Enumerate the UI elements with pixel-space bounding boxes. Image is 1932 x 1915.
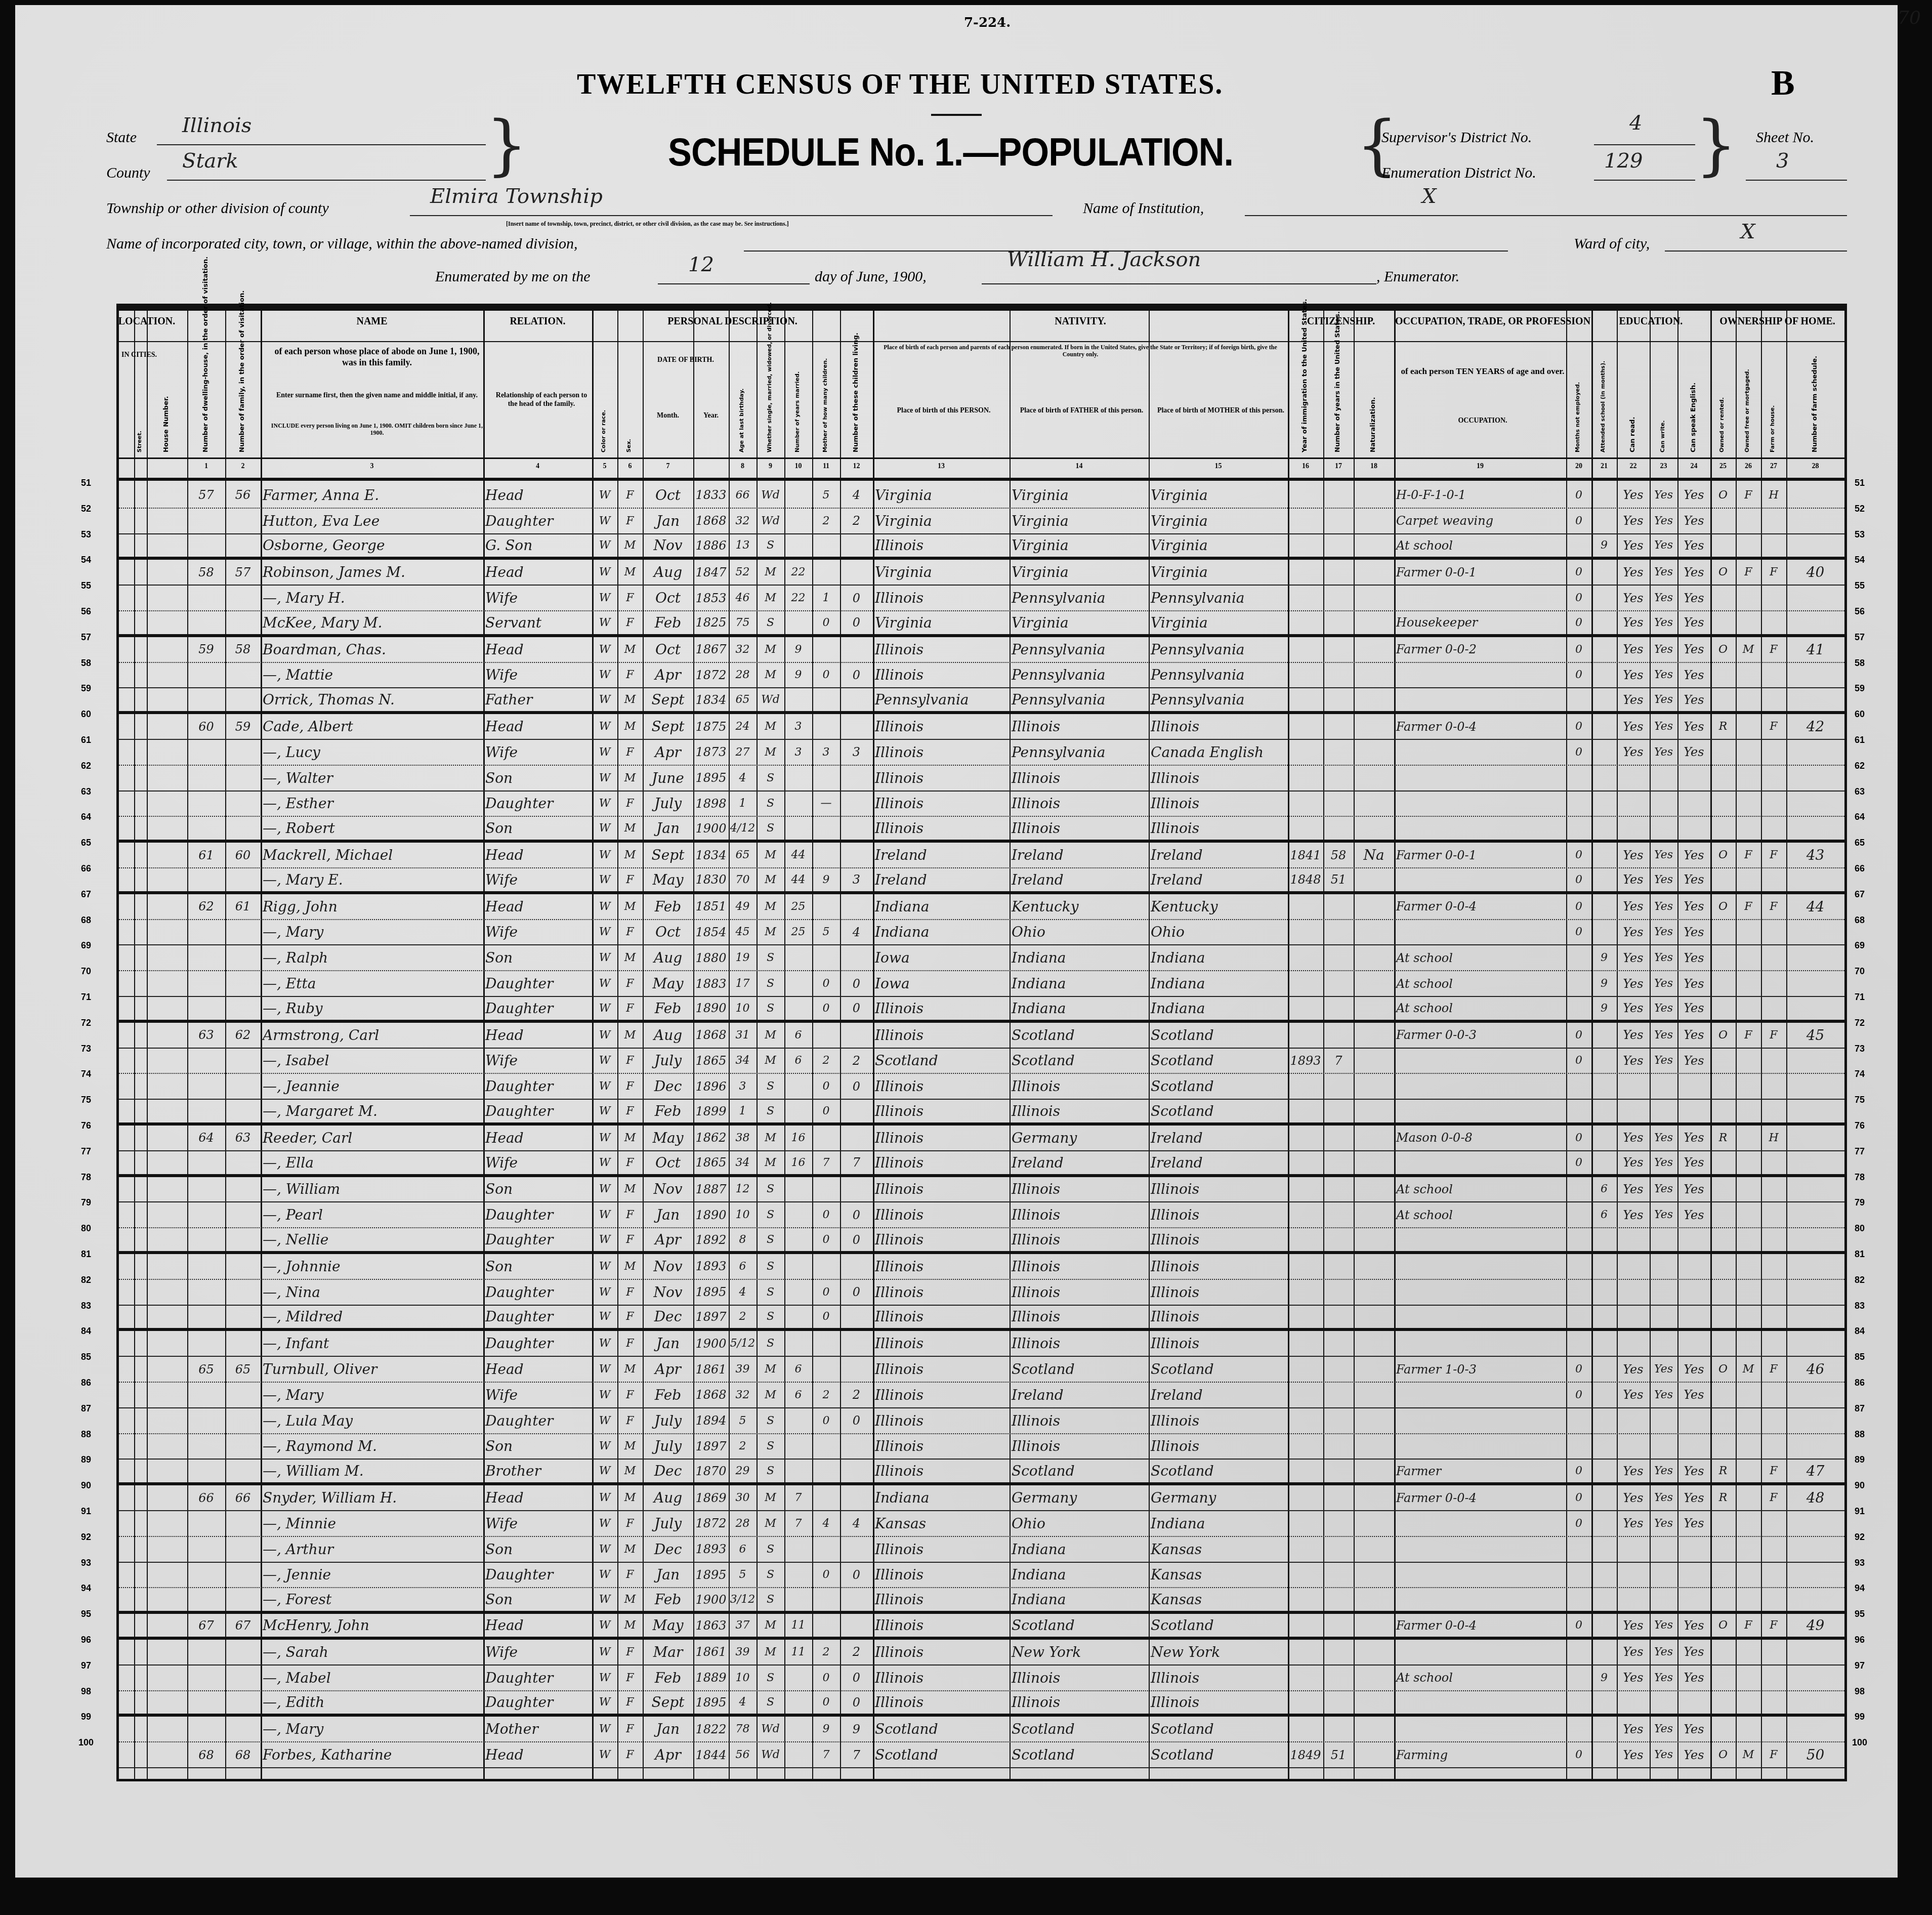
cell-age: 4/12: [729, 817, 757, 840]
cell-color: W: [592, 817, 617, 840]
cell-imm: [1288, 1023, 1323, 1048]
cell-name: Farmer, Anna E.: [261, 483, 483, 508]
cell-bp-person: Scotland: [873, 1049, 1010, 1073]
cell-relation: Father: [483, 688, 592, 711]
cell-imm: [1288, 1383, 1323, 1407]
cell-name: —, Forest: [261, 1588, 483, 1611]
cell-english: Yes: [1677, 740, 1710, 765]
group-header-relation: RELATION.: [483, 316, 592, 327]
cell-free: [1736, 1511, 1761, 1536]
cell-english: Yes: [1677, 1742, 1710, 1767]
cell-month: Nov: [643, 1280, 693, 1305]
cell-yrs-us: [1323, 1717, 1354, 1741]
cell-bp-mother: Pennsylvania: [1149, 688, 1288, 711]
city-label: Name of incorporated city, town, or vill…: [106, 235, 578, 253]
cell-bp-mother: Scotland: [1149, 1742, 1288, 1767]
cell-nat: [1354, 792, 1394, 816]
cell-year: 1868: [693, 1023, 729, 1048]
cell-schedule: 48: [1786, 1485, 1844, 1510]
cell-marital: M: [757, 843, 784, 867]
cell-english: Yes: [1677, 483, 1710, 508]
cell-name: —, Arthur: [261, 1537, 483, 1562]
cell-bp-father: Illinois: [1010, 1074, 1149, 1099]
cell-sex: F: [617, 1383, 643, 1407]
cell-yrs-us: [1323, 1357, 1354, 1382]
cell-month: Apr: [643, 663, 693, 688]
cell-farm: F: [1761, 1023, 1786, 1048]
table-row: 6463Reeder, CarlHeadWMMay186238M16Illino…: [119, 1126, 1844, 1151]
line-number-right: 97: [1850, 1660, 1870, 1671]
cell-marital: M: [757, 1126, 784, 1150]
pencil-page-annotation: 70: [1898, 8, 1921, 28]
cell-family: 60: [225, 843, 261, 867]
cell-read: [1617, 1100, 1650, 1122]
cell-marital: M: [757, 1049, 784, 1073]
cell-mother-of: [812, 714, 840, 739]
cell-bp-father: Indiana: [1010, 997, 1149, 1020]
cell-relation: Daughter: [483, 1563, 592, 1588]
line-number-right: 60: [1850, 709, 1870, 720]
cell-owned: [1710, 1383, 1736, 1407]
cell-owned: R: [1710, 1485, 1736, 1510]
cell-english: Yes: [1677, 611, 1710, 634]
cell-nat: [1354, 1563, 1394, 1588]
cell-read: Yes: [1617, 1202, 1650, 1227]
cell-farm: H: [1761, 1126, 1786, 1150]
cell-owned: [1710, 1254, 1736, 1279]
line-number-left: 70: [76, 966, 96, 977]
line-number-left: 74: [76, 1069, 96, 1079]
cell-unemployed: [1566, 1434, 1591, 1459]
cell-nat: [1354, 637, 1394, 662]
cell-read: Yes: [1617, 740, 1650, 765]
cell-mother-of: [812, 945, 840, 970]
cell-family: [225, 1537, 261, 1562]
cell-free: [1736, 1460, 1761, 1482]
cell-yrs-us: [1323, 1614, 1354, 1637]
cell-owned: [1710, 1640, 1736, 1664]
cell-bp-father: Virginia: [1010, 509, 1149, 533]
cell-imm: [1288, 637, 1323, 662]
cell-relation: Head: [483, 560, 592, 585]
cell-relation: Wife: [483, 1640, 592, 1664]
cell-write: [1650, 1537, 1677, 1562]
cell-relation: Wife: [483, 1383, 592, 1407]
line-number-right: 92: [1850, 1532, 1870, 1543]
cell-relation: Head: [483, 1023, 592, 1048]
cell-marital: S: [757, 1074, 784, 1099]
cell-farm: [1761, 1074, 1786, 1099]
cell-schedule: [1786, 1151, 1844, 1174]
cell-occupation: Farmer 0-0-4: [1394, 1485, 1566, 1510]
cell-schedule: [1786, 1100, 1844, 1122]
cell-farm: [1761, 611, 1786, 634]
cell-occupation: Farmer: [1394, 1460, 1566, 1482]
cell-relation: Wife: [483, 920, 592, 945]
cell-free: [1736, 586, 1761, 610]
cell-mother-of: 9: [812, 868, 840, 891]
cell-yrs-married: [784, 1408, 812, 1433]
cell-mother-of: [812, 766, 840, 790]
cell-school: [1591, 637, 1617, 662]
cell-free: F: [1736, 560, 1761, 585]
cell-sex: F: [617, 1640, 643, 1664]
table-row: Hutton, Eva LeeDaughterWFJan186832Wd22Vi…: [119, 509, 1844, 534]
vertical-header-naturalization: Naturalization.: [1369, 351, 1377, 452]
cell-unemployed: [1566, 1177, 1591, 1202]
cell-bp-person: Illinois: [873, 1408, 1010, 1433]
cell-name: —, Nina: [261, 1280, 483, 1305]
cell-english: Yes: [1677, 714, 1710, 739]
cell-farm: H: [1761, 483, 1786, 508]
cell-write: Yes: [1650, 611, 1677, 634]
cell-write: [1650, 1100, 1677, 1122]
column-number: 20: [1566, 463, 1591, 471]
cell-school: 9: [1591, 1666, 1617, 1690]
cell-english: Yes: [1677, 1202, 1710, 1227]
cell-yrs-married: 9: [784, 663, 812, 688]
cell-yrs-married: [784, 483, 812, 508]
cell-bp-mother: Kansas: [1149, 1537, 1288, 1562]
vertical-header-immigration: Year of immigration to the United States…: [1301, 351, 1309, 452]
cell-bp-person: Illinois: [873, 586, 1010, 610]
cell-month: Oct: [643, 1151, 693, 1174]
cell-yrs-married: 22: [784, 586, 812, 610]
cell-unemployed: 0: [1566, 1511, 1591, 1536]
cell-marital: S: [757, 611, 784, 634]
cell-schedule: [1786, 817, 1844, 840]
cell-english: [1677, 1588, 1710, 1611]
cell-english: Yes: [1677, 1151, 1710, 1174]
line-number-right: 86: [1850, 1378, 1870, 1388]
cell-year: 1880: [693, 945, 729, 970]
cell-bp-father: Ohio: [1010, 1511, 1149, 1536]
cell-unemployed: [1566, 792, 1591, 816]
line-number-right: 75: [1850, 1095, 1870, 1105]
line-number-right: 72: [1850, 1018, 1870, 1028]
cell-dwelling: 57: [187, 483, 225, 508]
cell-bp-mother: Kentucky: [1149, 894, 1288, 919]
birthplace-father-label: Place of birth of FATHER of this person.: [1015, 407, 1149, 415]
cell-unemployed: [1566, 1691, 1591, 1714]
cell-month: Sept: [643, 1691, 693, 1714]
cell-schedule: [1786, 663, 1844, 688]
cell-family: [225, 1151, 261, 1174]
cell-write: Yes: [1650, 1177, 1677, 1202]
cell-imm: [1288, 1177, 1323, 1202]
vertical-header-mother-of: Mother of how many children.: [822, 351, 828, 452]
cell-color: W: [592, 637, 617, 662]
cell-nat: [1354, 1588, 1394, 1611]
cell-marital: M: [757, 1023, 784, 1048]
cell-farm: F: [1761, 1614, 1786, 1637]
cell-owned: O: [1710, 1357, 1736, 1382]
cell-bp-father: Scotland: [1010, 1049, 1149, 1073]
county-label: County: [106, 164, 150, 182]
cell-read: Yes: [1617, 1485, 1650, 1510]
cell-farm: [1761, 1537, 1786, 1562]
cell-name: McKee, Mary M.: [261, 611, 483, 634]
cell-unemployed: [1566, 1280, 1591, 1305]
cell-name: Snyder, William H.: [261, 1485, 483, 1510]
line-number-left: 92: [76, 1532, 96, 1543]
name-instructions: Enter surname first, then the given name…: [271, 392, 483, 400]
cell-family: 63: [225, 1126, 261, 1150]
cell-year: 1861: [693, 1640, 729, 1664]
cell-marital: M: [757, 637, 784, 662]
cell-free: [1736, 1408, 1761, 1433]
cell-write: [1650, 766, 1677, 790]
cell-school: [1591, 1074, 1617, 1099]
cell-month: Jan: [643, 1331, 693, 1356]
cell-bp-father: Indiana: [1010, 971, 1149, 996]
cell-age: 12: [729, 1177, 757, 1202]
cell-yrs-married: 25: [784, 894, 812, 919]
cell-owned: [1710, 1434, 1736, 1459]
line-number-left: 55: [76, 580, 96, 591]
cell-unemployed: 0: [1566, 1357, 1591, 1382]
cell-year: 1862: [693, 1126, 729, 1150]
cell-occupation: [1394, 1588, 1566, 1611]
cell-nat: [1354, 611, 1394, 634]
cell-write: [1650, 1074, 1677, 1099]
cell-age: 5: [729, 1563, 757, 1588]
cell-name: Robinson, James M.: [261, 560, 483, 585]
name-description: of each person whose place of abode on J…: [271, 346, 483, 368]
cell-yrs-us: [1323, 1485, 1354, 1510]
cell-imm: [1288, 1126, 1323, 1150]
cell-owned: [1710, 1100, 1736, 1122]
cell-bp-person: Illinois: [873, 740, 1010, 765]
cell-year: 1896: [693, 1074, 729, 1099]
cell-year: 1886: [693, 534, 729, 557]
cell-month: Sept: [643, 688, 693, 711]
cell-bp-mother: Pennsylvania: [1149, 637, 1288, 662]
cell-schedule: [1786, 1280, 1844, 1305]
cell-yrs-us: [1323, 586, 1354, 610]
cell-schedule: [1786, 1434, 1844, 1459]
cell-bp-mother: Illinois: [1149, 1254, 1288, 1279]
cell-marital: S: [757, 971, 784, 996]
cell-yrs-us: [1323, 1280, 1354, 1305]
cell-bp-person: Illinois: [873, 817, 1010, 840]
cell-yrs-married: 44: [784, 868, 812, 891]
group-header-ownership: OWNERSHIP OF HOME.: [1710, 316, 1844, 327]
cell-dwelling: [187, 1588, 225, 1611]
cell-free: [1736, 1151, 1761, 1174]
cell-sex: F: [617, 663, 643, 688]
cell-family: [225, 688, 261, 711]
county-value: Stark: [182, 149, 238, 173]
cell-imm: [1288, 688, 1323, 711]
cell-name: —, Edith: [261, 1691, 483, 1714]
cell-bp-person: Ireland: [873, 843, 1010, 867]
cell-write: Yes: [1650, 1049, 1677, 1073]
cell-marital: S: [757, 1100, 784, 1122]
cell-bp-father: Scotland: [1010, 1460, 1149, 1482]
cell-marital: M: [757, 894, 784, 919]
cell-dwelling: [187, 1434, 225, 1459]
table-row: —, JennieDaughterWFJan18955S00IllinoisIn…: [119, 1563, 1844, 1589]
cell-dwelling: 66: [187, 1485, 225, 1510]
cell-marital: S: [757, 1331, 784, 1356]
cell-school: 9: [1591, 997, 1617, 1020]
cell-color: W: [592, 1202, 617, 1227]
column-number: 10: [784, 463, 812, 471]
cell-read: Yes: [1617, 843, 1650, 867]
cell-name: Mackrell, Michael: [261, 843, 483, 867]
cell-name: —, Mildred: [261, 1306, 483, 1328]
cell-yrs-us: [1323, 1074, 1354, 1099]
cell-read: Yes: [1617, 586, 1650, 610]
cell-mother-of: 7: [812, 1742, 840, 1767]
line-number-left: 83: [76, 1301, 96, 1311]
cell-relation: Head: [483, 1742, 592, 1767]
cell-occupation: At school: [1394, 945, 1566, 970]
cell-nat: [1354, 663, 1394, 688]
cell-yrs-married: [784, 1280, 812, 1305]
cell-bp-mother: Virginia: [1149, 560, 1288, 585]
cell-mother-of: [812, 1126, 840, 1150]
form-number: 7-224.: [964, 15, 1011, 30]
line-number-left: 57: [76, 632, 96, 643]
table-row: 5857Robinson, James M.HeadWMAug184752M22…: [119, 560, 1844, 586]
cell-sex: F: [617, 1151, 643, 1174]
cell-age: 34: [729, 1151, 757, 1174]
cell-farm: [1761, 868, 1786, 891]
name-include-note: INCLUDE every person living on June 1, 1…: [271, 422, 483, 437]
cell-dwelling: 60: [187, 714, 225, 739]
cell-english: [1677, 766, 1710, 790]
cell-bp-father: Scotland: [1010, 1614, 1149, 1637]
cell-yrs-us: 51: [1323, 1742, 1354, 1767]
cell-month: June: [643, 766, 693, 790]
cell-year: 1892: [693, 1228, 729, 1251]
cell-month: Sept: [643, 714, 693, 739]
line-number-left: 93: [76, 1558, 96, 1568]
cell-bp-mother: Illinois: [1149, 766, 1288, 790]
line-number-right: 73: [1850, 1044, 1870, 1054]
cell-yrs-us: [1323, 1666, 1354, 1690]
cell-schedule: [1786, 1074, 1844, 1099]
cell-read: Yes: [1617, 1666, 1650, 1690]
cell-month: May: [643, 1126, 693, 1150]
cell-owned: [1710, 1537, 1736, 1562]
column-number: 16: [1288, 463, 1323, 471]
line-number-left: 77: [76, 1146, 96, 1157]
cell-imm: [1288, 483, 1323, 508]
cell-family: [225, 1306, 261, 1328]
cell-yrs-married: 6: [784, 1023, 812, 1048]
cell-write: Yes: [1650, 663, 1677, 688]
cell-relation: Wife: [483, 1151, 592, 1174]
column-number: 21: [1591, 463, 1617, 471]
cell-owned: O: [1710, 894, 1736, 919]
cell-schedule: [1786, 1666, 1844, 1690]
vertical-header-years-married: Number of years married.: [794, 351, 801, 452]
cell-occupation: [1394, 1383, 1566, 1407]
cell-marital: M: [757, 1614, 784, 1637]
cell-unemployed: [1566, 1588, 1591, 1611]
cell-relation: Daughter: [483, 1408, 592, 1433]
cell-bp-mother: Illinois: [1149, 792, 1288, 816]
cell-bp-father: Pennsylvania: [1010, 740, 1149, 765]
cell-english: Yes: [1677, 1049, 1710, 1073]
cell-school: [1591, 817, 1617, 840]
cell-bp-mother: Scotland: [1149, 1049, 1288, 1073]
table-row: —, PearlDaughterWFJan189010S00IllinoisIl…: [119, 1202, 1844, 1228]
cell-dwelling: [187, 740, 225, 765]
cell-farm: [1761, 1254, 1786, 1279]
cell-free: [1736, 1254, 1761, 1279]
table-row: —, MaryWifeWFFeb186832M622IllinoisIrelan…: [119, 1383, 1844, 1408]
cell-name: Rigg, John: [261, 894, 483, 919]
column-number: 12: [840, 463, 873, 471]
line-number-right: 53: [1850, 529, 1870, 540]
cell-sex: F: [617, 586, 643, 610]
cell-yrs-married: 44: [784, 843, 812, 867]
cell-color: W: [592, 560, 617, 585]
cell-bp-mother: Illinois: [1149, 1331, 1288, 1356]
cell-name: —, Walter: [261, 766, 483, 790]
cell-free: [1736, 1049, 1761, 1073]
cell-schedule: [1786, 1383, 1844, 1407]
cell-farm: [1761, 1331, 1786, 1356]
cell-read: [1617, 1074, 1650, 1099]
cell-sex: M: [617, 688, 643, 711]
cell-owned: [1710, 1228, 1736, 1251]
township-value: Elmira Township: [430, 185, 603, 208]
cell-sex: F: [617, 792, 643, 816]
cell-occupation: At school: [1394, 997, 1566, 1020]
cell-write: [1650, 1306, 1677, 1328]
cell-dwelling: [187, 663, 225, 688]
line-number-left: 67: [76, 889, 96, 900]
cell-occupation: [1394, 1640, 1566, 1664]
cell-english: [1677, 1228, 1710, 1251]
cell-mother-of: —: [812, 792, 840, 816]
cell-dwelling: [187, 766, 225, 790]
cell-living: 0: [840, 1666, 873, 1690]
cell-imm: [1288, 1563, 1323, 1588]
header-rule-top: [119, 341, 1844, 342]
cell-bp-father: Indiana: [1010, 1588, 1149, 1611]
cell-nat: [1354, 997, 1394, 1020]
cell-yrs-married: [784, 1588, 812, 1611]
cell-bp-mother: Virginia: [1149, 611, 1288, 634]
cell-age: 4: [729, 1691, 757, 1714]
line-number-right: 70: [1850, 966, 1870, 977]
cell-marital: S: [757, 792, 784, 816]
cell-farm: [1761, 1383, 1786, 1407]
cell-age: 10: [729, 1202, 757, 1227]
cell-marital: S: [757, 945, 784, 970]
enumerated-mid: day of June, 1900,: [815, 268, 927, 285]
cell-school: [1591, 1306, 1617, 1328]
cell-marital: Wd: [757, 483, 784, 508]
cell-free: F: [1736, 1023, 1761, 1048]
cell-marital: S: [757, 1306, 784, 1328]
cell-english: Yes: [1677, 945, 1710, 970]
cell-sex: M: [617, 1588, 643, 1611]
cell-occupation: Farmer 0-0-4: [1394, 894, 1566, 919]
cell-bp-father: Virginia: [1010, 534, 1149, 557]
cell-mother-of: [812, 1023, 840, 1048]
line-number-left: 61: [76, 735, 96, 745]
cell-english: Yes: [1677, 1383, 1710, 1407]
cell-age: 3/12: [729, 1588, 757, 1611]
table-row: —, NinaDaughterWFNov18954S00IllinoisIlli…: [119, 1280, 1844, 1306]
